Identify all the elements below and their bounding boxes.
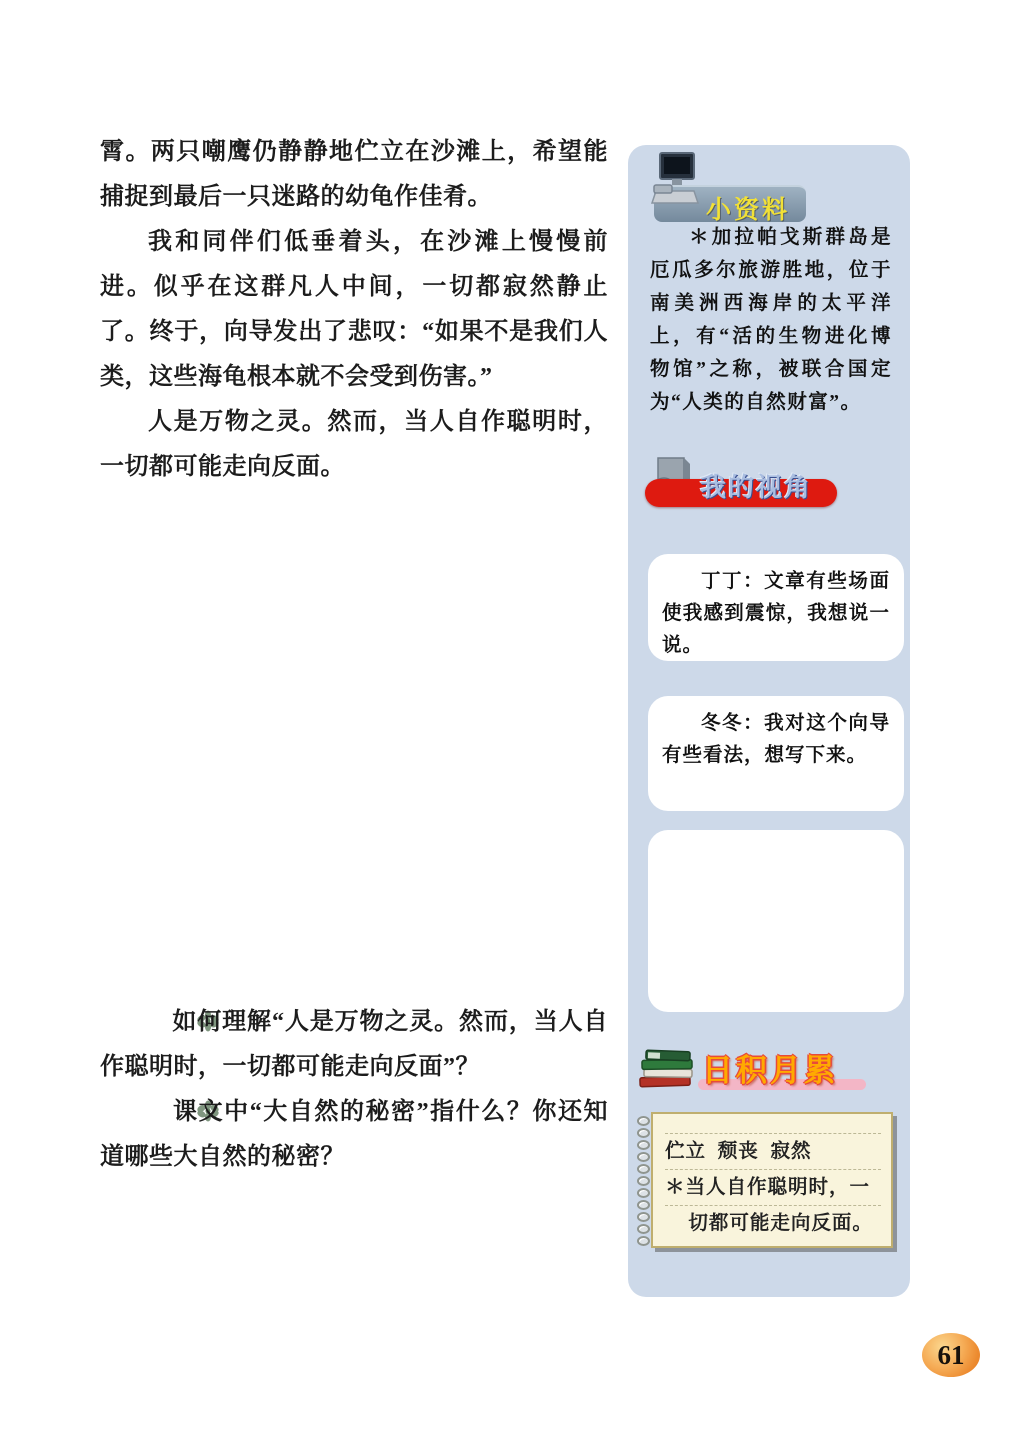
notepad-line: 伫立 颓丧 寂然 bbox=[665, 1134, 881, 1170]
question-list: 如何理解“人是万物之灵。然而，当人自作聪明时，一切都可能走向反面”？ 课文中“大… bbox=[100, 1000, 608, 1180]
speech-bubble-dongdong: 冬冬：我对这个向导有些看法，想写下来。 bbox=[648, 696, 904, 811]
books-icon bbox=[636, 1047, 698, 1096]
lesson-text: 霄。两只嘲鹰仍静静地伫立在沙滩上，希望能捕捉到最后一只迷路的幼龟作佳肴。 我和同… bbox=[100, 130, 608, 490]
notepad-line: 切都可能走向反面。 bbox=[665, 1206, 881, 1242]
info-section-text: ＊加拉帕戈斯群岛是厄瓜多尔旅游胜地，位于南美洲西海岸的太平洋上，有“活的生物进化… bbox=[650, 221, 892, 419]
speech-bubble-dingding: 丁丁：文章有些场面使我感到震惊，我想说一说。 bbox=[648, 554, 904, 661]
lesson-paragraph: 我和同伴们低垂着头，在沙滩上慢慢前进。似乎在这群凡人中间，一切都寂然静止了。终于… bbox=[100, 220, 608, 400]
notepad-ruled-line bbox=[665, 1116, 881, 1134]
viewpoint-section-title: 我的视角 bbox=[700, 467, 812, 504]
lesson-paragraph: 人是万物之灵。然而，当人自作聪明时，一切都可能走向反面。 bbox=[100, 400, 608, 490]
flower-bullet-icon bbox=[148, 1093, 172, 1115]
page-number-badge: 61 bbox=[922, 1333, 980, 1377]
question-item: 课文中“大自然的秘密”指什么？你还知道哪些大自然的秘密？ bbox=[100, 1090, 608, 1180]
notepad-line: ＊当人自作聪明时，一 bbox=[665, 1170, 881, 1206]
textbook-page: { "page": { "number": "61" }, "main": { … bbox=[0, 0, 1024, 1439]
flower-bullet-icon bbox=[148, 1003, 172, 1025]
accumulate-section-header: 日积月累 bbox=[636, 1045, 896, 1093]
question-text: 课文中“大自然的秘密”指什么？你还知道哪些大自然的秘密？ bbox=[100, 1099, 608, 1170]
page-number: 61 bbox=[938, 1340, 965, 1371]
viewpoint-section-header: 我的视角 bbox=[645, 479, 837, 507]
sidebar-panel: 小资料 ＊加拉帕戈斯群岛是厄瓜多尔旅游胜地，位于南美洲西海岸的太平洋上，有“活的… bbox=[628, 145, 910, 1297]
accumulate-section-title: 日积月累 bbox=[702, 1045, 838, 1090]
question-item: 如何理解“人是万物之灵。然而，当人自作聪明时，一切都可能走向反面”？ bbox=[100, 1000, 608, 1090]
question-text: 如何理解“人是万物之灵。然而，当人自作聪明时，一切都可能走向反面”？ bbox=[100, 1009, 608, 1080]
lesson-paragraph: 霄。两只嘲鹰仍静静地伫立在沙滩上，希望能捕捉到最后一只迷路的幼龟作佳肴。 bbox=[100, 130, 608, 220]
blank-writing-box[interactable] bbox=[648, 830, 904, 1012]
vocabulary-notepad: 伫立 颓丧 寂然 ＊当人自作聪明时，一 切都可能走向反面。 bbox=[637, 1112, 903, 1248]
computer-icon bbox=[650, 151, 700, 214]
notepad-paper: 伫立 颓丧 寂然 ＊当人自作聪明时，一 切都可能走向反面。 bbox=[651, 1112, 893, 1248]
